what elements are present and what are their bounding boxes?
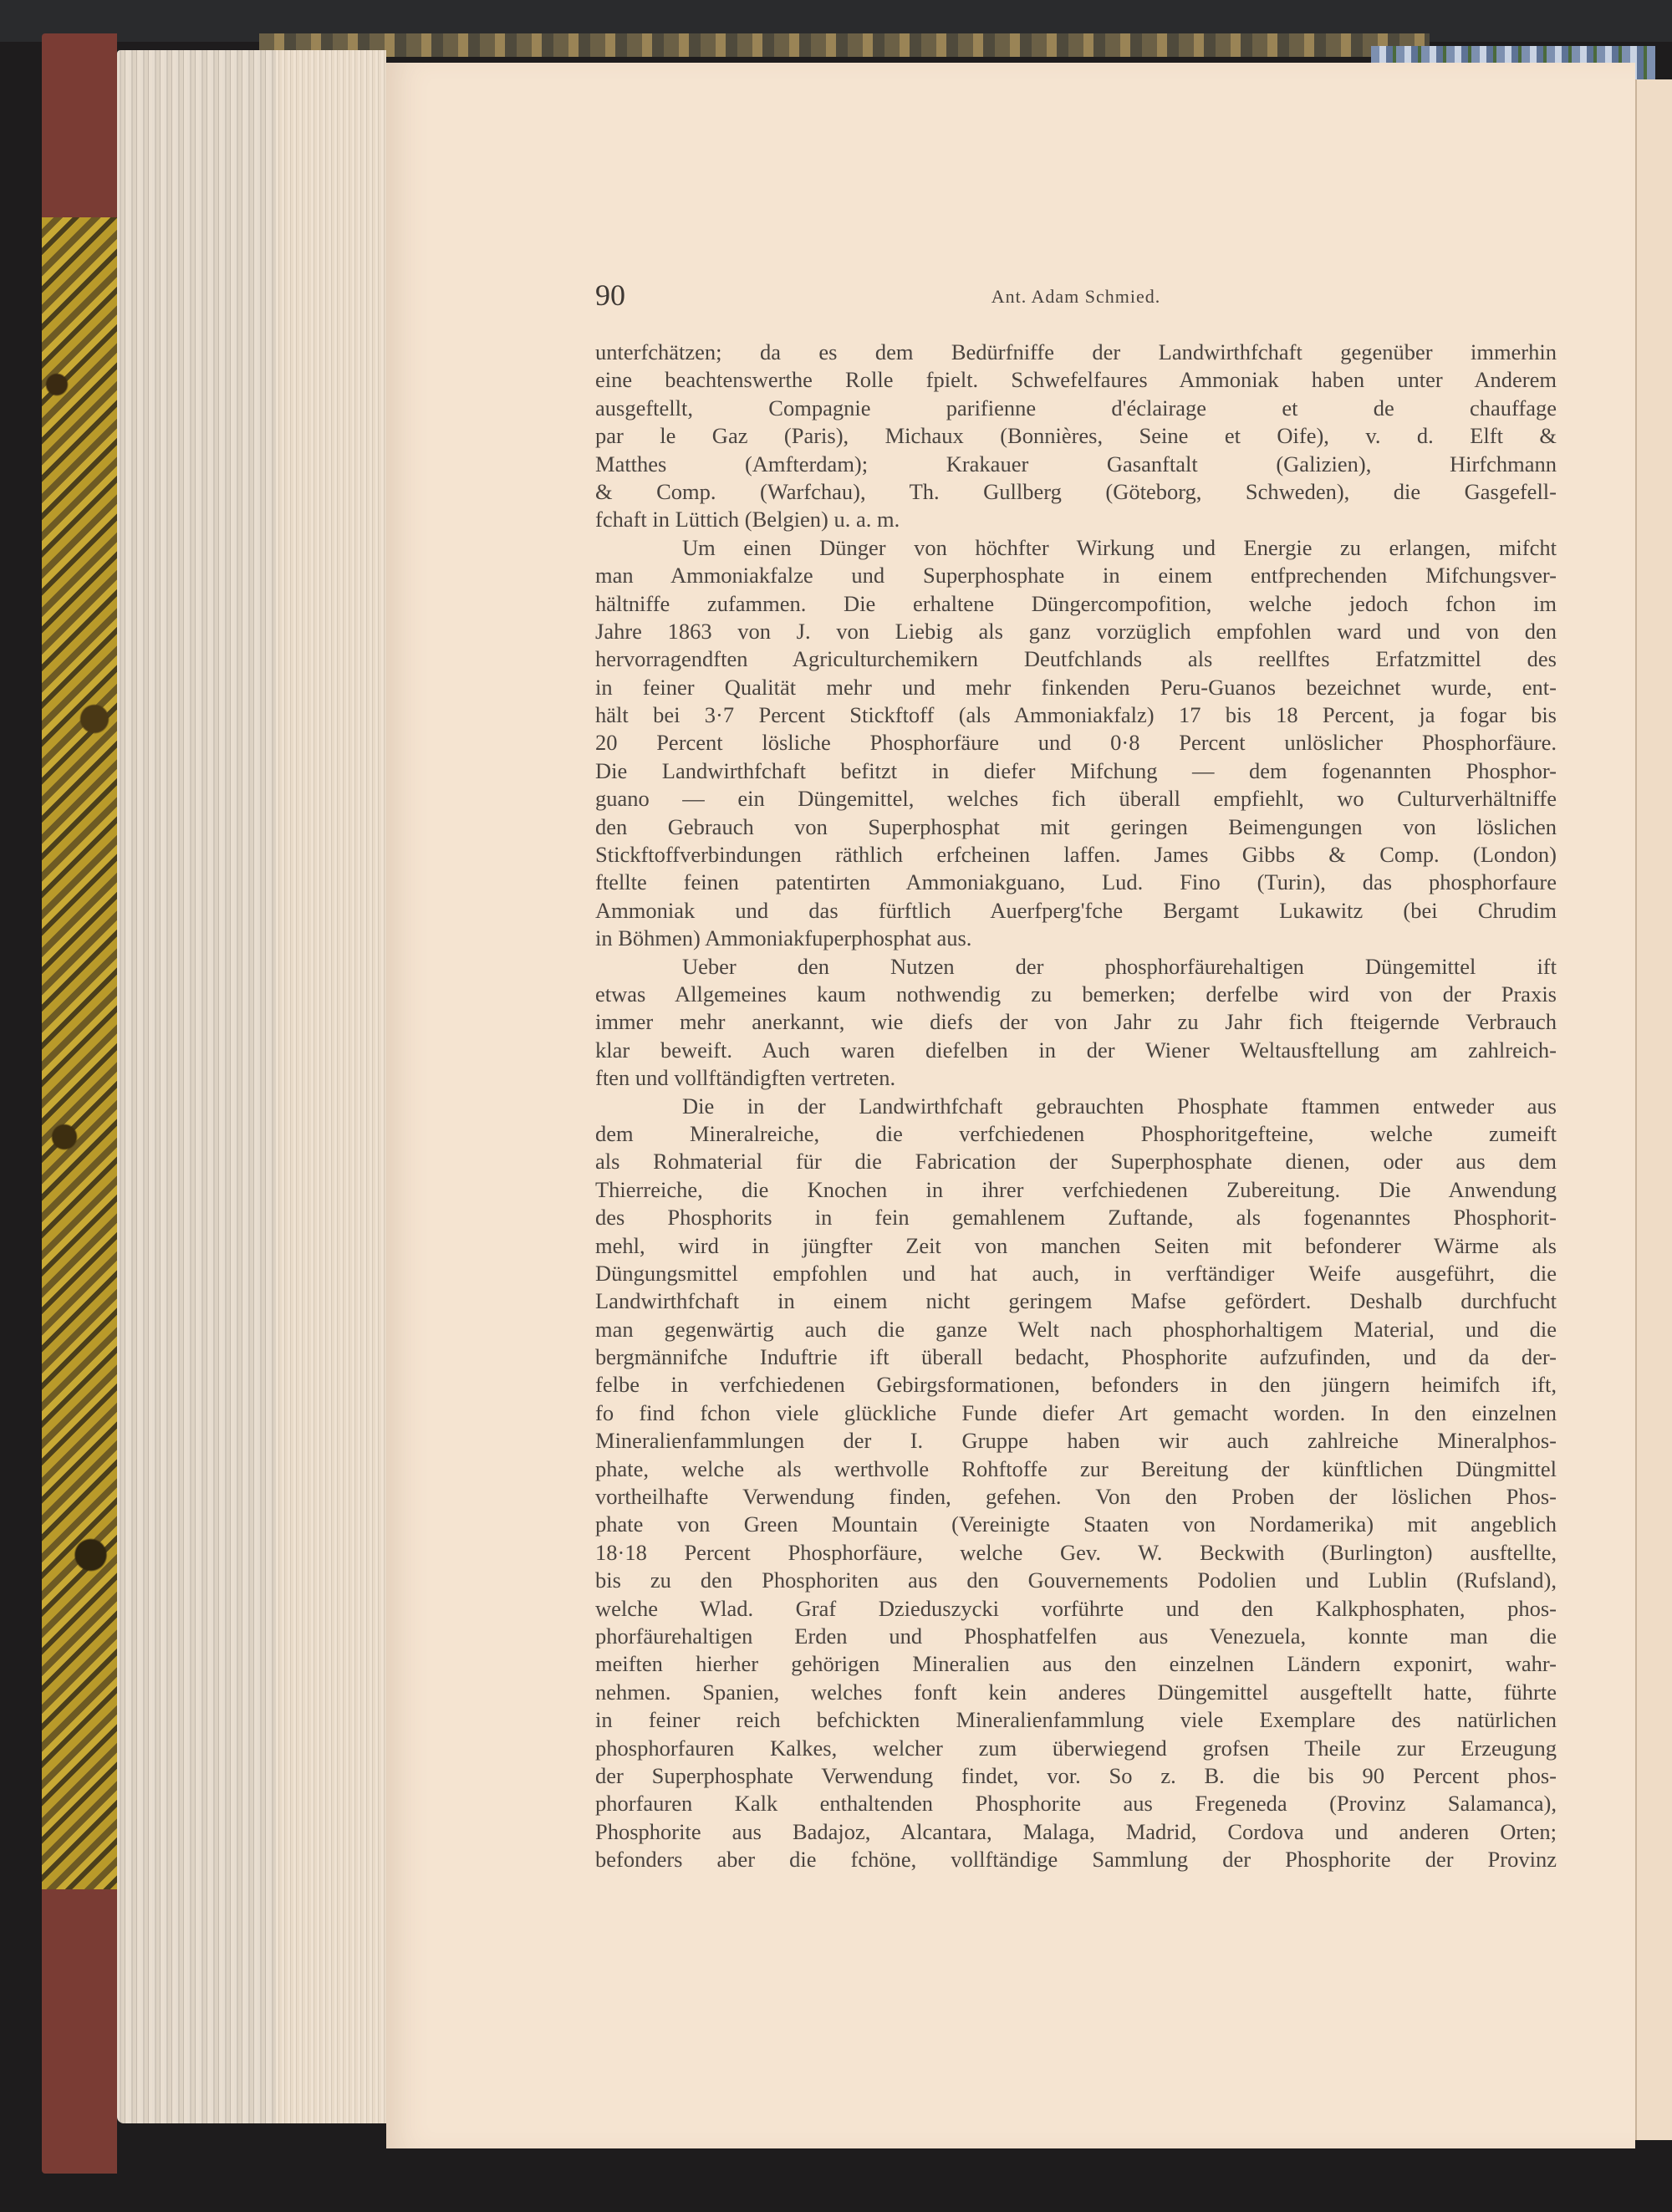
text-line: man gegenwärtig auch die ganze Welt nach… — [595, 1316, 1557, 1343]
text-line: Mineralienfammlungen der I. Gruppe haben… — [595, 1427, 1557, 1455]
text-line: ftellte feinen patentirten Ammoniakguano… — [595, 869, 1557, 896]
text-line: Ammoniak und das fürftlich Auerfperg'fch… — [595, 897, 1557, 925]
text-line: fo find fchon viele glückliche Funde die… — [595, 1399, 1557, 1427]
text-line: man Ammoniakfalze und Superphosphate in … — [595, 562, 1557, 589]
text-line: 18·18 Percent Phosphorfäure, welche Gev.… — [595, 1539, 1557, 1567]
text-line: immer mehr anerkannt, wie diefs der von … — [595, 1008, 1557, 1036]
text-line: Die Landwirthfchaft befitzt in diefer Mi… — [595, 757, 1557, 785]
text-line: dem Mineralreiche, die verfchiedenen Pho… — [595, 1120, 1557, 1148]
text-line: klar beweift. Auch waren diefelben in de… — [595, 1037, 1557, 1064]
text-line: meiften hierher gehörigen Mineralien aus… — [595, 1650, 1557, 1678]
text-line: phate von Green Mountain (Vereinigte Sta… — [595, 1511, 1557, 1538]
text-line: phorfauren Kalk enthaltenden Phosphorite… — [595, 1790, 1557, 1817]
text-line: & Comp. (Warfchau), Th. Gullberg (Götebo… — [595, 478, 1557, 506]
text-line: felbe in verfchiedenen Gebirgsformatione… — [595, 1371, 1557, 1399]
text-line: in Böhmen) Ammoniakfuperphosphat aus. — [595, 925, 1557, 952]
text-line: bergmännifche Induftrie ift überall beda… — [595, 1343, 1557, 1371]
text-line: bis zu den Phosphoriten aus den Gouverne… — [595, 1567, 1557, 1594]
text-line: befonders aber die fchöne, vollftändige … — [595, 1846, 1557, 1873]
text-line: guano — ein Düngemittel, welches fich üb… — [595, 785, 1557, 813]
paragraph: Ueber den Nutzen der phosphorfäurehaltig… — [595, 953, 1557, 1093]
text-line: phosphorfauren Kalkes, welcher zum überw… — [595, 1735, 1557, 1762]
text-line: etwas Allgemeines kaum nothwendig zu bem… — [595, 981, 1557, 1008]
paragraph: Um einen Dünger von höchfter Wirkung und… — [595, 534, 1557, 953]
text-line: hervorragendften Agriculturchemikern Deu… — [595, 645, 1557, 673]
text-line: 20 Percent lösliche Phosphorfäure und 0·… — [595, 729, 1557, 757]
paragraph: unterfchätzen; da es dem Bedürfniffe der… — [595, 339, 1557, 534]
text-line: phate, welche als werthvolle Rohftoffe z… — [595, 1455, 1557, 1483]
text-line: Thierreiche, die Knochen in ihrer verfch… — [595, 1176, 1557, 1204]
book-cover-marbled-board — [42, 217, 117, 1889]
book-top-edge — [259, 33, 1430, 57]
text-line: Düngungsmittel empfohlen und hat auch, i… — [595, 1260, 1557, 1287]
text-line: ften und vollftändigften vertreten. — [595, 1064, 1557, 1092]
text-line: der Superphosphate Verwendung findet, vo… — [595, 1762, 1557, 1790]
body-text: unterfchätzen; da es dem Bedürfniffe der… — [595, 339, 1557, 1873]
facing-page-edge — [1635, 79, 1672, 2140]
text-line: Matthes (Amfterdam); Krakauer Gasanftalt… — [595, 451, 1557, 478]
text-line: nehmen. Spanien, welches fonft kein ande… — [595, 1679, 1557, 1706]
page-stack-edge-inner — [276, 50, 386, 2123]
text-line: in feiner reich befchickten Mineralienfa… — [595, 1706, 1557, 1734]
text-line: als Rohmaterial für die Fabrication der … — [595, 1148, 1557, 1175]
running-head-author: Ant. Adam Schmied. — [595, 286, 1557, 308]
text-line: mehl, wird in jüngfter Zeit von manchen … — [595, 1232, 1557, 1260]
text-line: Landwirthfchaft in einem nicht geringem … — [595, 1287, 1557, 1315]
text-line: in feiner Qualität mehr und mehr finkend… — [595, 674, 1557, 701]
running-head: 90 Ant. Adam Schmied. — [595, 278, 1557, 311]
text-line: Um einen Dünger von höchfter Wirkung und… — [595, 534, 1557, 562]
text-line: ausgeftellt, Compagnie parifienne d'écla… — [595, 395, 1557, 422]
paragraph: Die in der Landwirthfchaft gebrauchten P… — [595, 1093, 1557, 1874]
text-line: unterfchätzen; da es dem Bedürfniffe der… — [595, 339, 1557, 366]
text-line: fchaft in Lüttich (Belgien) u. a. m. — [595, 506, 1557, 533]
text-line: Die in der Landwirthfchaft gebrauchten P… — [595, 1093, 1557, 1120]
text-line: eine beachtenswerthe Rolle fpielt. Schwe… — [595, 366, 1557, 394]
text-line: hältniffe zufammen. Die erhaltene Dünger… — [595, 590, 1557, 618]
text-line: Stickftoffverbindungen räthlich erfchein… — [595, 841, 1557, 869]
text-line: vortheilhafte Verwendung finden, gefehen… — [595, 1483, 1557, 1511]
text-line: welche Wlad. Graf Dzieduszycki vorführte… — [595, 1595, 1557, 1623]
text-line: Ueber den Nutzen der phosphorfäurehaltig… — [595, 953, 1557, 981]
text-line: Jahre 1863 von J. von Liebig als ganz vo… — [595, 618, 1557, 645]
text-line: phorfäurehaltigen Erden und Phosphatfelf… — [595, 1623, 1557, 1650]
text-line: Phosphorite aus Badajoz, Alcantara, Mala… — [595, 1818, 1557, 1846]
text-line: hält bei 3·7 Percent Stickftoff (als Amm… — [595, 701, 1557, 729]
text-line: den Gebrauch von Superphosphat mit gerin… — [595, 813, 1557, 841]
text-line: par le Gaz (Paris), Michaux (Bonnières, … — [595, 422, 1557, 450]
text-line: des Phosphorits in fein gemahlenem Zufta… — [595, 1204, 1557, 1231]
